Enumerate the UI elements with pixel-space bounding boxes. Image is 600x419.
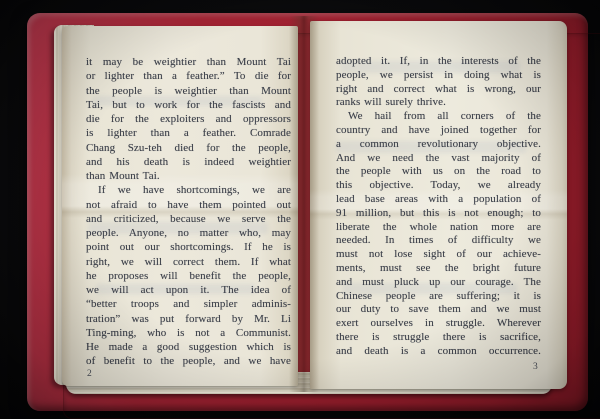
text-line: and death is a common occurrence. [336,345,541,359]
text-line: exert ourselves in struggle. Wherever [336,317,541,331]
text-line: “better troops and simpler adminis- [86,297,291,311]
photo-background: it may be weightier than Mount Taior lig… [0,0,600,419]
text-line: right and correct what is wrong, our [336,83,541,97]
text-line: than Mount Tai. [86,169,291,183]
text-line: We hail from all corners of the [336,110,541,124]
text-line: lead base areas with a population of [336,193,541,207]
text-line: it may be weightier than Mount Tai [86,55,291,69]
text-line: or lighter than a feather.” To die for [86,69,291,83]
text-line: needed. In times of difficulty we [336,234,541,248]
text-line: our duty to save them and we must [336,303,541,317]
text-line: must not lose sight of our achieve- [336,248,541,262]
text-line: people. Anyone, no matter who, may [86,226,291,240]
text-line: not afraid to have them pointed out [86,198,291,212]
text-line: and criticized, because we serve the [86,212,291,226]
text-line: he proposes will benefit the people, [86,269,291,283]
text-line: and must pluck up our courage. The [336,276,541,290]
text-line: this objective. Today, we already [336,179,541,193]
text-line: we will act upon it. The idea of [86,283,291,297]
text-line: adopted it. If, in the interests of the [336,55,541,69]
text-line: the people with us on the road to [336,165,541,179]
text-line: Chang Szu-teh died for the people, [86,141,291,155]
text-line: ments, must see the bright future [336,262,541,276]
text-line: Tai, but to work for the fascists and [86,98,291,112]
text-line: tration” was put forward by Mr. Li [86,312,291,326]
text-line: country and have joined together for [336,124,541,138]
text-line: ranks will surely thrive. [336,96,541,110]
text-line: die for the exploiters and oppressors [86,112,291,126]
text-line: people, we persist in doing what is [336,69,541,83]
text-line: point out our shortcomings. If he is [86,240,291,254]
text-line: Ting-ming, who is not a Communist. [86,326,291,340]
text-line: of benefit to the people, and we have [86,354,291,368]
text-line: there is struggle there is sacrifice, [336,331,541,345]
right-page-number: 3 [533,362,538,372]
left-page-number: 2 [87,369,92,379]
text-line: He made a good suggestion which is [86,340,291,354]
text-line: and his death is indeed weightier [86,155,291,169]
text-line: right, we will correct them. If what [86,255,291,269]
text-line: liberate the whole nation more are [336,221,541,235]
text-line: the people is weightier than Mount [86,84,291,98]
text-line: a common revolutionary objective. [336,138,541,152]
book-gutter-shadow [289,16,319,392]
right-page-text: adopted it. If, in the interests of thep… [336,55,541,359]
text-line: And we need the vast majority of [336,152,541,166]
left-page-text: it may be weightier than Mount Taior lig… [86,55,291,369]
text-line: is lighter than a feather. Comrade [86,126,291,140]
text-line: Chinese people are suffering; it is [336,290,541,304]
text-line: 91 million, but this is not enough; to [336,207,541,221]
text-line: If we have shortcomings, we are [86,183,291,197]
